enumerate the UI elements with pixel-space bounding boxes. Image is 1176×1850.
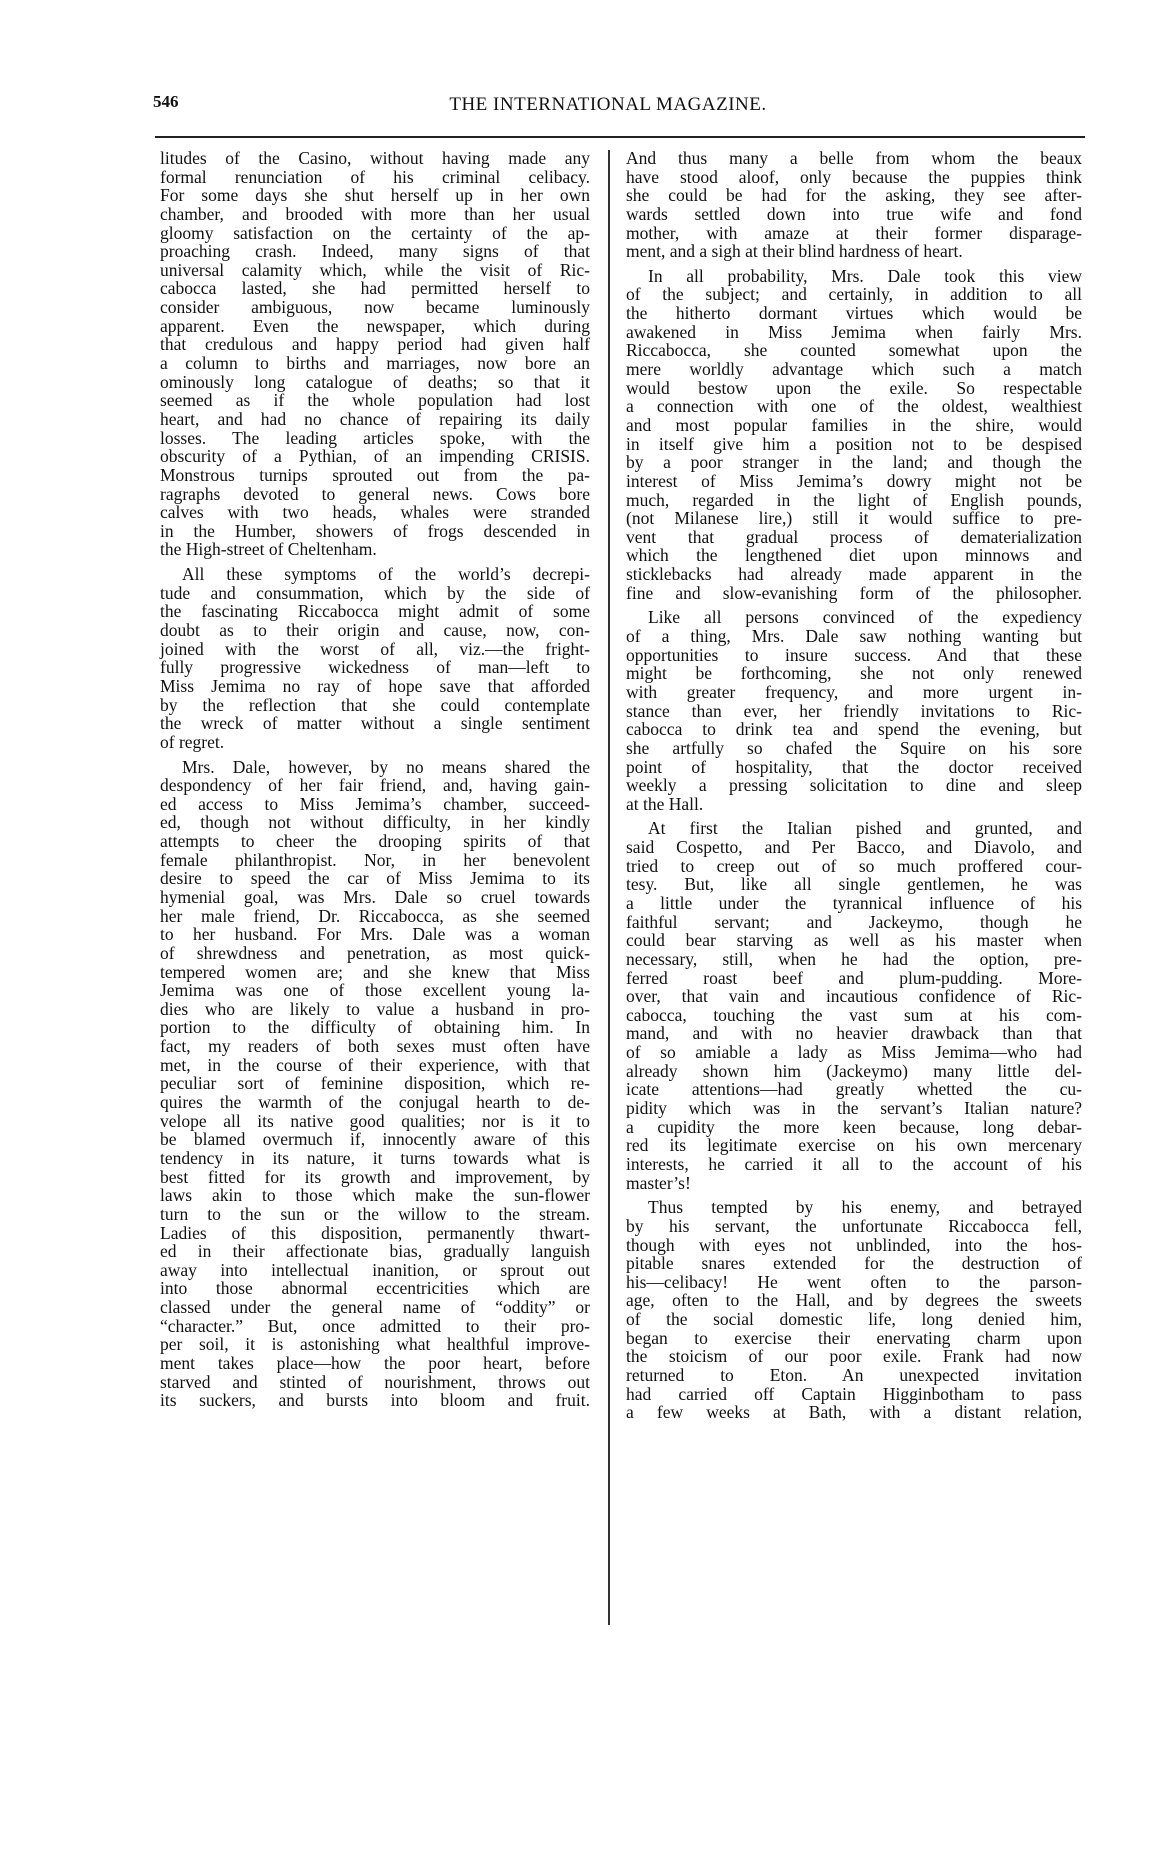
text-line: mand, and with no heavier drawback than … — [626, 1024, 1082, 1043]
text-line: wards settled down into true wife and fo… — [626, 205, 1082, 224]
text-line: a cupidity the more keen because, long d… — [626, 1118, 1082, 1137]
text-line: ragraphs devoted to general news. Cows b… — [160, 485, 590, 504]
text-line: she could be had for the asking, they se… — [626, 186, 1082, 205]
text-line: Ladies of this disposition, permanently … — [160, 1224, 590, 1243]
text-line: her male friend, Dr. Riccabocca, as she … — [160, 907, 590, 926]
text-line: stance than ever, her friendly invitatio… — [626, 702, 1082, 721]
text-line: returned to Eton. An unexpected invitati… — [626, 1366, 1082, 1385]
text-line: sticklebacks had already made apparent i… — [626, 565, 1082, 584]
text-line: doubt as to their origin and cause, now,… — [160, 621, 590, 640]
text-line: by his servant, the unfortunate Riccaboc… — [626, 1217, 1082, 1236]
text-line: ed, though not without difficulty, in he… — [160, 813, 590, 832]
text-line: awakened in Miss Jemima when fairly Mrs. — [626, 323, 1082, 342]
text-line: by a poor stranger in the land; and thou… — [626, 453, 1082, 472]
text-line: heart, and had no chance of repairing it… — [160, 410, 590, 429]
text-line: a connection with one of the oldest, wea… — [626, 397, 1082, 416]
text-line: of the social domestic life, long denied… — [626, 1310, 1082, 1329]
text-line: interests, he carried it all to the acco… — [626, 1155, 1082, 1174]
text-line: red its legitimate exercise on his own m… — [626, 1136, 1082, 1155]
text-line: vent that gradual process of demateriali… — [626, 528, 1082, 547]
text-line: cabocca lasted, she had permitted hersel… — [160, 279, 590, 298]
text-line: in itself give him a position not to be … — [626, 435, 1082, 454]
text-line: universal calamity which, while the visi… — [160, 261, 590, 280]
text-line: said Cospetto, and Per Bacco, and Diavol… — [626, 838, 1082, 857]
text-line: (not Milanese lire,) still it would suff… — [626, 509, 1082, 528]
text-line: obscurity of a Pythian, of an impending … — [160, 447, 590, 466]
text-line: fully progressive wickedness of man—left… — [160, 658, 590, 677]
text-line: began to exercise their enervating charm… — [626, 1329, 1082, 1348]
text-line: pitable snares extended for the destruct… — [626, 1254, 1082, 1273]
text-line: interest of Miss Jemima’s dowry might no… — [626, 472, 1082, 491]
text-line: Thus tempted by his enemy, and betrayed — [626, 1198, 1082, 1217]
text-line: of a thing, Mrs. Dale saw nothing wantin… — [626, 627, 1082, 646]
text-line: with greater frequency, and more urgent … — [626, 683, 1082, 702]
text-line: the stoicism of our poor exile. Frank ha… — [626, 1347, 1082, 1366]
text-line: quires the warmth of the conjugal hearth… — [160, 1093, 590, 1112]
text-line: she artfully so chafed the Squire on his… — [626, 739, 1082, 758]
text-line: of the subject; and certainly, in additi… — [626, 285, 1082, 304]
text-line: Jemima was one of those excellent young … — [160, 981, 590, 1000]
text-line: be blamed overmuch if, innocently aware … — [160, 1130, 590, 1149]
text-line: starved and stinted of nourishment, thro… — [160, 1373, 590, 1392]
text-line: the fascinating Riccabocca might admit o… — [160, 602, 590, 621]
text-line: ferred roast beef and plum-pudding. More… — [626, 969, 1082, 988]
text-line: by the reflection that she could contemp… — [160, 696, 590, 715]
text-line: And thus many a belle from whom the beau… — [626, 149, 1082, 168]
text-line: calves with two heads, whales were stran… — [160, 503, 590, 522]
text-line: which the lengthened diet upon minnows a… — [626, 546, 1082, 565]
text-line: point of hospitality, that the doctor re… — [626, 758, 1082, 777]
text-line: per soil, it is astonishing what healthf… — [160, 1335, 590, 1354]
text-line: tempered women are; and she knew that Mi… — [160, 963, 590, 982]
text-line: its suckers, and bursts into bloom and f… — [160, 1391, 590, 1410]
text-line: “character.” But, once admitted to their… — [160, 1317, 590, 1336]
text-line: For some days she shut herself up in her… — [160, 186, 590, 205]
text-line: a column to births and marriages, now bo… — [160, 354, 590, 373]
text-line: a little under the tyrannical influence … — [626, 894, 1082, 913]
text-line: much, regarded in the light of English p… — [626, 491, 1082, 510]
text-line: faithful servant; and Jackeymo, though h… — [626, 913, 1082, 932]
column-divider — [608, 150, 610, 1625]
text-line: ed in their affectionate bias, gradually… — [160, 1242, 590, 1261]
header-rule — [155, 136, 1085, 138]
text-line: Monstrous turnips sprouted out from the … — [160, 466, 590, 485]
text-line: female philanthropist. Nor, in her benev… — [160, 851, 590, 870]
text-line: cabocca, touching the vast sum at his co… — [626, 1006, 1082, 1025]
text-line: ed access to Miss Jemima’s chamber, succ… — [160, 795, 590, 814]
text-line: seemed as if the whole population had lo… — [160, 391, 590, 410]
text-line: best fitted for its growth and improveme… — [160, 1168, 590, 1187]
text-line: litudes of the Casino, without having ma… — [160, 149, 590, 168]
text-line: Like all persons convinced of the expedi… — [626, 608, 1082, 627]
text-line: dies who are likely to value a husband i… — [160, 1000, 590, 1019]
text-line: of regret. — [160, 733, 590, 752]
text-line: In all probability, Mrs. Dale took this … — [626, 267, 1082, 286]
text-line: opportunities to insure success. And tha… — [626, 646, 1082, 665]
text-line: might be forthcoming, she not only renew… — [626, 664, 1082, 683]
text-line: over, that vain and incautious confidenc… — [626, 987, 1082, 1006]
text-line: despondency of her fair friend, and, hav… — [160, 776, 590, 795]
text-line: tendency in its nature, it turns towards… — [160, 1149, 590, 1168]
text-line: have stood aloof, only because the puppi… — [626, 168, 1082, 187]
text-line: Mrs. Dale, however, by no means shared t… — [160, 758, 590, 777]
text-line: could bear starving as well as his maste… — [626, 931, 1082, 950]
text-line: though with eyes not unblinded, into the… — [626, 1236, 1082, 1255]
text-line: away into intellectual inanition, or spr… — [160, 1261, 590, 1280]
text-line: the High-street of Cheltenham. — [160, 540, 590, 559]
text-line: chamber, and brooded with more than her … — [160, 205, 590, 224]
text-line: gloomy satisfaction on the certainty of … — [160, 224, 590, 243]
text-line: master’s! — [626, 1174, 1082, 1193]
text-line: proaching crash. Indeed, many signs of t… — [160, 242, 590, 261]
text-line: All these symptoms of the world’s decrep… — [160, 565, 590, 584]
text-line: tesy. But, like all single gentlemen, he… — [626, 875, 1082, 894]
text-line: age, often to the Hall, and by degrees t… — [626, 1291, 1082, 1310]
text-line: had carried off Captain Higginbotham to … — [626, 1385, 1082, 1404]
text-line: At first the Italian pished and grunted,… — [626, 819, 1082, 838]
right-column: And thus many a belle from whom the beau… — [626, 149, 1082, 1422]
text-line: laws akin to those which make the sun-fl… — [160, 1186, 590, 1205]
text-line: of so amiable a lady as Miss Jemima—who … — [626, 1043, 1082, 1062]
text-line: pidity which was in the servant’s Italia… — [626, 1099, 1082, 1118]
text-line: Miss Jemima no ray of hope save that aff… — [160, 677, 590, 696]
text-line: necessary, still, when he had the option… — [626, 950, 1082, 969]
text-line: turn to the sun or the willow to the str… — [160, 1205, 590, 1224]
text-line: ominously long catalogue of deaths; so t… — [160, 373, 590, 392]
text-line: of shrewdness and penetration, as most q… — [160, 944, 590, 963]
text-line: mere worldly advantage which such a matc… — [626, 360, 1082, 379]
text-line: ment takes place—how the poor heart, bef… — [160, 1354, 590, 1373]
text-line: at the Hall. — [626, 795, 1082, 814]
text-line: the hitherto dormant virtues which would… — [626, 304, 1082, 323]
text-line: to her husband. For Mrs. Dale was a woma… — [160, 925, 590, 944]
text-line: losses. The leading articles spoke, with… — [160, 429, 590, 448]
text-line: formal renunciation of his criminal celi… — [160, 168, 590, 187]
text-line: a few weeks at Bath, with a distant rela… — [626, 1403, 1082, 1422]
text-line: tude and consummation, which by the side… — [160, 584, 590, 603]
text-line: tried to creep out of so much proffered … — [626, 857, 1082, 876]
left-column: litudes of the Casino, without having ma… — [160, 149, 590, 1410]
text-line: apparent. Even the newspaper, which duri… — [160, 317, 590, 336]
text-line: peculiar sort of feminine disposition, w… — [160, 1074, 590, 1093]
text-line: into those abnormal eccentricities which… — [160, 1279, 590, 1298]
text-line: weekly a pressing solicitation to dine a… — [626, 776, 1082, 795]
text-line: that credulous and happy period had give… — [160, 335, 590, 354]
running-head-title: THE INTERNATIONAL MAGAZINE. — [0, 94, 1176, 116]
text-line: cabocca to drink tea and spend the eveni… — [626, 720, 1082, 739]
text-line: portion to the difficulty of obtaining h… — [160, 1018, 590, 1037]
text-line: hymenial goal, was Mrs. Dale so cruel to… — [160, 888, 590, 907]
text-line: ment, and a sigh at their blind hardness… — [626, 242, 1082, 261]
text-line: met, in the course of their experience, … — [160, 1056, 590, 1075]
text-line: Riccabocca, she counted somewhat upon th… — [626, 341, 1082, 360]
text-line: and most popular families in the shire, … — [626, 416, 1082, 435]
text-line: velope all its native good qualities; no… — [160, 1112, 590, 1131]
text-line: would bestow upon the exile. So respecta… — [626, 379, 1082, 398]
text-line: his—celibacy! He went often to the parso… — [626, 1273, 1082, 1292]
text-line: icate attentions—had greatly whetted the… — [626, 1080, 1082, 1099]
text-line: attempts to cheer the drooping spirits o… — [160, 832, 590, 851]
text-line: fact, my readers of both sexes must ofte… — [160, 1037, 590, 1056]
text-line: the wreck of matter without a single sen… — [160, 714, 590, 733]
text-line: desire to speed the car of Miss Jemima t… — [160, 869, 590, 888]
text-line: classed under the general name of “oddit… — [160, 1298, 590, 1317]
text-line: mother, with amaze at their former dispa… — [626, 224, 1082, 243]
text-line: consider ambiguous, now became luminousl… — [160, 298, 590, 317]
text-line: joined with the worst of all, viz.—the f… — [160, 640, 590, 659]
text-line: fine and slow-evanishing form of the phi… — [626, 584, 1082, 603]
text-line: already shown him (Jackeymo) many little… — [626, 1062, 1082, 1081]
text-line: in the Humber, showers of frogs descende… — [160, 522, 590, 541]
